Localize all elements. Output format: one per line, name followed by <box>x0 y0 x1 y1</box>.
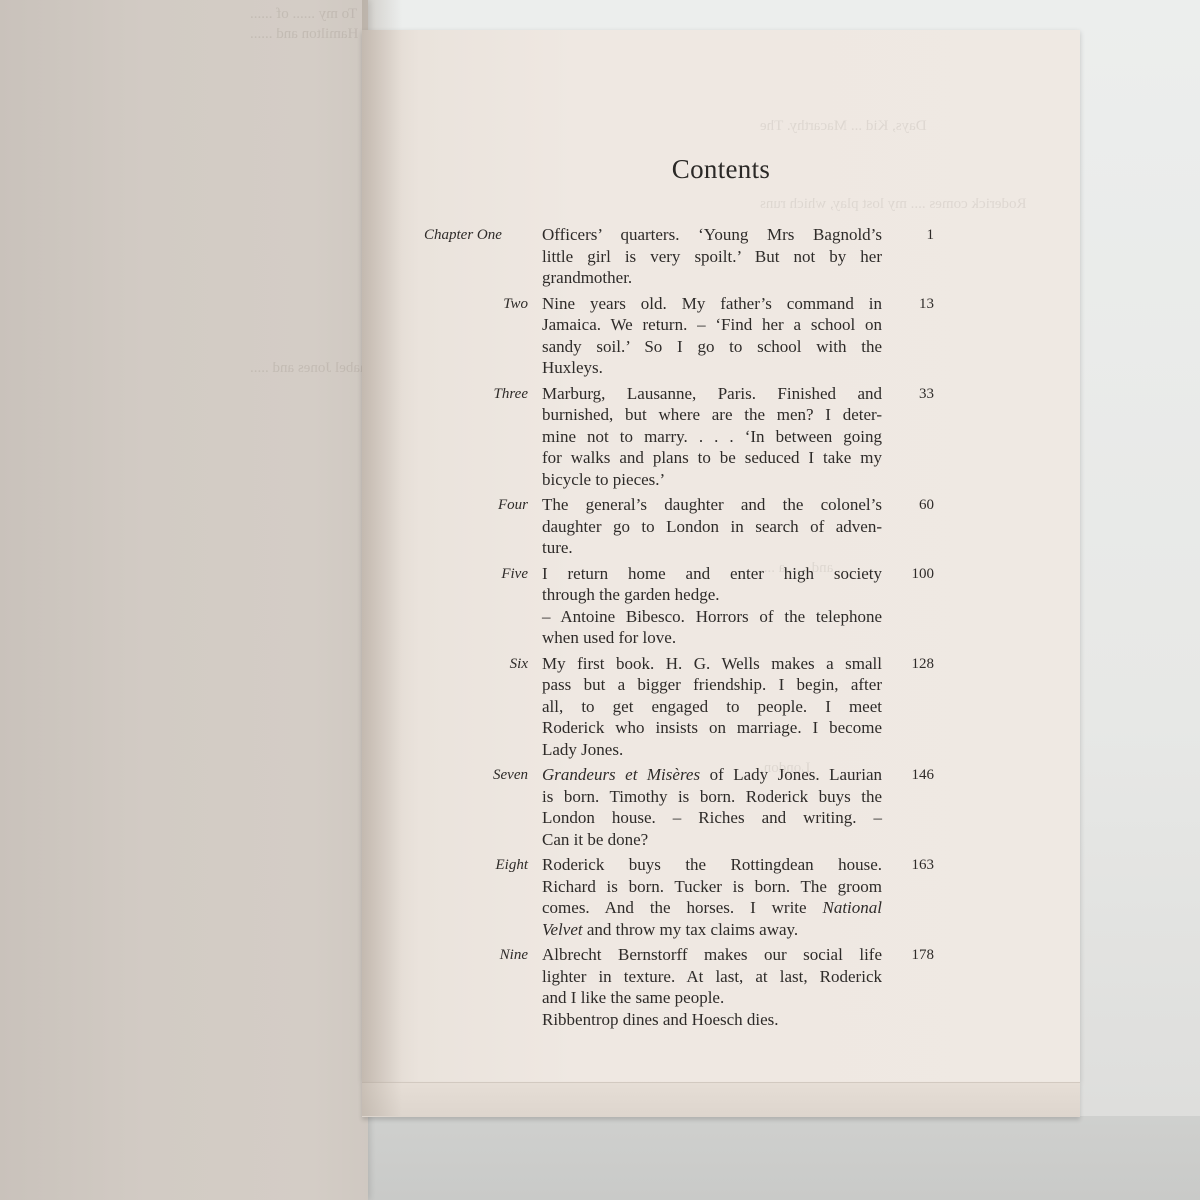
page-number: 13 <box>882 293 934 316</box>
facing-page: To my ...... of ...... Hamilton and ....… <box>0 0 368 1200</box>
page-number: 60 <box>882 494 934 517</box>
page-number: 33 <box>882 383 934 406</box>
description-line: Can it be done? <box>542 829 882 851</box>
page-number: 178 <box>882 944 934 967</box>
chapter-label: Seven <box>420 764 542 787</box>
italic-title: National <box>822 898 882 917</box>
page-number: 1 <box>882 224 934 247</box>
description-line: Albrecht Bernstorff makes our social lif… <box>542 944 882 966</box>
description-line: for walks and plans to be seduced I take… <box>542 447 882 469</box>
chapter-label: Three <box>420 383 542 406</box>
description-line: My first book. H. G. Wells makes a small <box>542 653 882 675</box>
description-line: Ribbentrop dines and Hoesch dies. <box>542 1009 882 1031</box>
description-line: Roderick who insists on marriage. I beco… <box>542 717 882 739</box>
chapter-description: Nine years old. My father’s command inJa… <box>542 293 882 379</box>
toc-entry: ThreeMarburg, Lausanne, Paris. Finished … <box>420 383 960 491</box>
toc-entry: TwoNine years old. My father’s command i… <box>420 293 960 379</box>
table-of-contents: Chapter OneOfficers’ quarters. ‘Young Mr… <box>420 224 960 1034</box>
description-line: bicycle to pieces.’ <box>542 469 882 491</box>
chapter-label: Four <box>420 494 542 517</box>
description-line: mine not to marry. . . . ‘In between goi… <box>542 426 882 448</box>
show-through-text: To my ...... of ...... <box>250 6 357 23</box>
description-line: burnished, but where are the men? I dete… <box>542 404 882 426</box>
chapter-label: Five <box>420 563 542 586</box>
chapter-description: Roderick buys the Rottingdean house.Rich… <box>542 854 882 940</box>
description-line: is born. Timothy is born. Roderick buys … <box>542 786 882 808</box>
page-number: 128 <box>882 653 934 676</box>
description-text: and throw my tax claims away. <box>583 920 799 939</box>
page-title: Contents <box>362 154 1080 185</box>
page-number: 146 <box>882 764 934 787</box>
description-line: Roderick buys the Rottingdean house. <box>542 854 882 876</box>
chapter-description: Albrecht Bernstorff makes our social lif… <box>542 944 882 1030</box>
description-line: comes. And the horses. I write National <box>542 897 882 919</box>
description-text: comes. And the horses. I write <box>542 898 822 917</box>
description-line: Jamaica. We return. – ‘Find her a school… <box>542 314 882 336</box>
chapter-description: The general’s daughter and the colonel’s… <box>542 494 882 559</box>
description-line: when used for love. <box>542 627 882 649</box>
description-line: London house. – Riches and writing. – <box>542 807 882 829</box>
description-line: Velvet and throw my tax claims away. <box>542 919 882 941</box>
description-line: Nine years old. My father’s command in <box>542 293 882 315</box>
italic-title: Velvet <box>542 920 583 939</box>
toc-entry: SixMy first book. H. G. Wells makes a sm… <box>420 653 960 761</box>
description-line: through the garden hedge. <box>542 584 882 606</box>
page-edges <box>362 1082 1080 1117</box>
description-line: The general’s daughter and the colonel’s <box>542 494 882 516</box>
description-line: grandmother. <box>542 267 882 289</box>
chapter-label: Two <box>420 293 542 316</box>
description-line: sandy soil.’ So I go to school with the <box>542 336 882 358</box>
toc-entry: NineAlbrecht Bernstorff makes our social… <box>420 944 960 1030</box>
chapter-label: Nine <box>420 944 542 967</box>
chapter-label: Six <box>420 653 542 676</box>
toc-entry: FourThe general’s daughter and the colon… <box>420 494 960 559</box>
description-line: Officers’ quarters. ‘Young Mrs Bagnold’s <box>542 224 882 246</box>
description-line: I return home and enter high society <box>542 563 882 585</box>
description-line: all, to get engaged to people. I meet <box>542 696 882 718</box>
toc-entry: SevenGrandeurs et Misères of Lady Jones.… <box>420 764 960 850</box>
description-line: Huxleys. <box>542 357 882 379</box>
description-line: little girl is very spoilt.’ But not by … <box>542 246 882 268</box>
toc-entry: EightRoderick buys the Rottingdean house… <box>420 854 960 940</box>
chapter-label: Chapter One <box>420 224 554 247</box>
description-line: Richard is born. Tucker is born. The gro… <box>542 876 882 898</box>
show-through-text: Hamilton and ...... <box>250 26 358 43</box>
chapter-description: Grandeurs et Misères of Lady Jones. Laur… <box>542 764 882 850</box>
toc-entry: FiveI return home and enter high society… <box>420 563 960 649</box>
photo-scene: To my ...... of ...... Hamilton and ....… <box>0 0 1200 1200</box>
description-line: and I like the same people. <box>542 987 882 1009</box>
chapter-description: Officers’ quarters. ‘Young Mrs Bagnold’s… <box>542 224 882 289</box>
page-number: 100 <box>882 563 934 586</box>
page-number: 163 <box>882 854 934 877</box>
description-line: – Antoine Bibesco. Horrors of the teleph… <box>542 606 882 628</box>
table-surface <box>360 1116 1200 1200</box>
chapter-description: Marburg, Lausanne, Paris. Finished andbu… <box>542 383 882 491</box>
description-line: daughter go to London in search of adven… <box>542 516 882 538</box>
description-line: Marburg, Lausanne, Paris. Finished and <box>542 383 882 405</box>
chapter-description: My first book. H. G. Wells makes a small… <box>542 653 882 761</box>
italic-title: Grandeurs et Misères <box>542 765 700 784</box>
chapter-label: Eight <box>420 854 542 877</box>
description-line: pass but a bigger friendship. I begin, a… <box>542 674 882 696</box>
description-line: Lady Jones. <box>542 739 882 761</box>
description-line: lighter in texture. At last, at last, Ro… <box>542 966 882 988</box>
description-line: ture. <box>542 537 882 559</box>
toc-entry: Chapter OneOfficers’ quarters. ‘Young Mr… <box>420 224 960 289</box>
description-text: of Lady Jones. Laurian <box>700 765 882 784</box>
chapter-description: I return home and enter high societythro… <box>542 563 882 649</box>
description-line: Grandeurs et Misères of Lady Jones. Laur… <box>542 764 882 786</box>
